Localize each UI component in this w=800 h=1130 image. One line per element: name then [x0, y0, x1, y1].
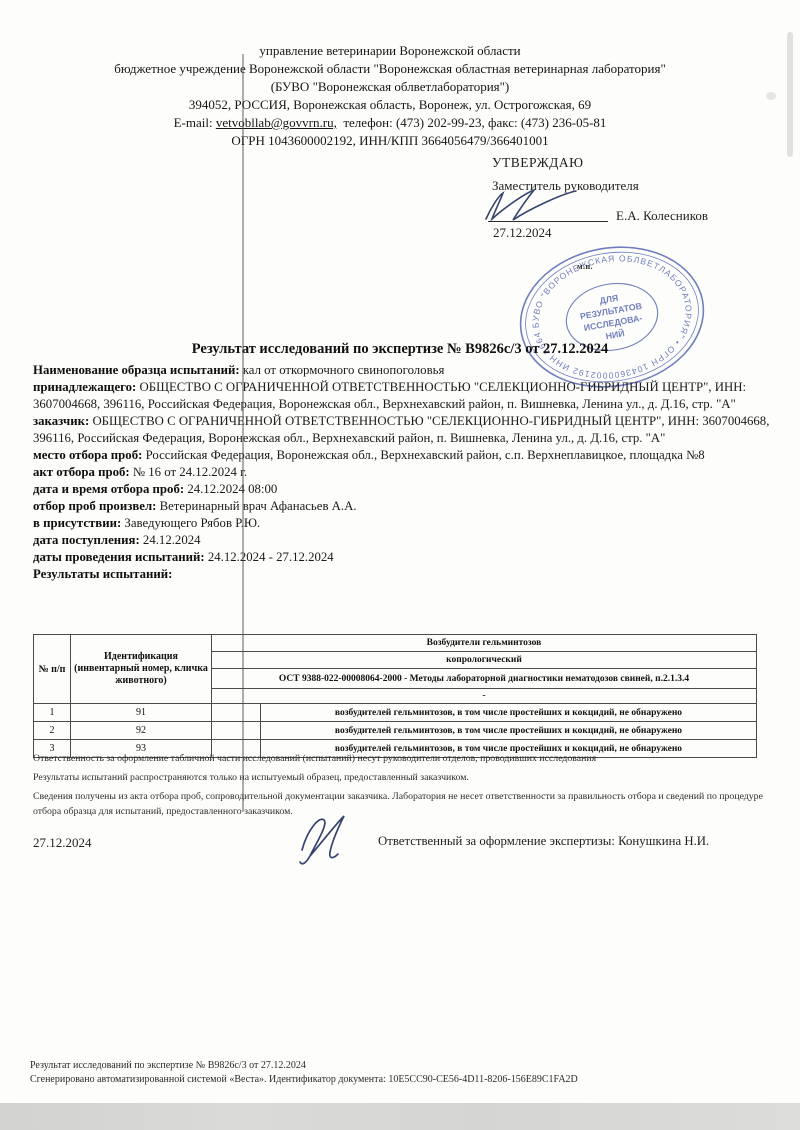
field-label: дата и время отбора проб:	[33, 482, 184, 496]
note-line: Ответственность за оформление табличной …	[33, 751, 771, 766]
field-test-dates: даты проведения испытаний: 24.12.2024 - …	[33, 549, 775, 566]
field-label: Результаты испытаний:	[33, 567, 172, 581]
signoff-date: 27.12.2024	[33, 835, 92, 851]
approver-name: Е.А. Колесников	[616, 208, 708, 224]
field-label: акт отбора проб:	[33, 465, 130, 479]
cell-empty	[212, 722, 261, 740]
mp-label: м.п.	[577, 262, 593, 271]
document-page: управление ветеринарии Воронежской облас…	[0, 0, 800, 1130]
org-line-6: ОГРН 1043600002192, ИНН/КПП 3664056479/3…	[30, 132, 750, 150]
phone-fax: телефон: (473) 202-99-23, факс: (473) 23…	[343, 115, 606, 130]
notes: Ответственность за оформление табличной …	[33, 751, 771, 823]
field-value: Заведующего Рябов Р.Ю.	[124, 516, 260, 530]
scan-artifact-line	[242, 54, 244, 812]
field-value: № 16 от 24.12.2024 г.	[133, 465, 247, 479]
field-customer: заказчик: ОБЩЕСТВО С ОГРАНИЧЕННОЙ ОТВЕТС…	[33, 413, 775, 447]
doc-title: Результат исследований по экспертизе № В…	[0, 341, 800, 358]
doc-fields: Наименование образца испытаний: кал от о…	[33, 362, 775, 583]
col-header-num: № п/п	[34, 635, 71, 704]
field-sampling-place: место отбора проб: Российская Федерация,…	[33, 447, 775, 464]
col-header-ident: Идентификация (инвентарный номер, кличка…	[71, 635, 212, 704]
org-contact-line: E-mail: vetvobllab@govvrn.ru, телефон: (…	[30, 114, 750, 132]
cell-ident: 91	[71, 704, 212, 722]
field-value: ОБЩЕСТВО С ОГРАНИЧЕННОЙ ОТВЕТСТВЕННОСТЬЮ…	[33, 380, 746, 411]
field-label: Наименование образца испытаний:	[33, 363, 240, 377]
approval-date: 27.12.2024	[493, 225, 552, 241]
table-dash: -	[212, 689, 757, 704]
results-table: № п/п Идентификация (инвентарный номер, …	[33, 634, 757, 758]
field-value: Российская Федерация, Воронежская обл., …	[146, 448, 705, 462]
field-value: ОБЩЕСТВО С ОГРАНИЧЕННОЙ ОТВЕТСТВЕННОСТЬЮ…	[33, 414, 769, 445]
stamp-center-line-4: НИЙ	[605, 327, 626, 341]
field-receipt-date: дата поступления: 24.12.2024	[33, 532, 775, 549]
bottom-scan-band	[0, 1103, 800, 1130]
field-value: Ветеринарный врач Афанасьев А.А.	[160, 499, 357, 513]
org-line-3: (БУВО "Воронежская облветлаборатория")	[30, 78, 750, 96]
field-value: 24.12.2024 08:00	[187, 482, 277, 496]
field-label: в присутствии:	[33, 516, 121, 530]
email-label: E-mail:	[174, 115, 213, 130]
email-link[interactable]: vetvobllab@govvrn.ru,	[216, 115, 337, 130]
field-sampling-act: акт отбора проб: № 16 от 24.12.2024 г.	[33, 464, 775, 481]
scan-smudge	[787, 32, 793, 157]
table-standard: ОСТ 9388-022-00008064-2000 - Методы лабо…	[212, 669, 757, 689]
executor-label: Ответственный за оформление экспертизы: …	[378, 834, 709, 849]
field-label: даты проведения испытаний:	[33, 550, 205, 564]
cell-ident: 92	[71, 722, 212, 740]
footer-line-1: Результат исследований по экспертизе № В…	[30, 1060, 306, 1071]
field-label: заказчик:	[33, 414, 89, 428]
field-sample-name: Наименование образца испытаний: кал от о…	[33, 362, 775, 379]
field-sampler: отбор проб произвел: Ветеринарный врач А…	[33, 498, 775, 515]
org-header: управление ветеринарии Воронежской облас…	[30, 42, 750, 150]
org-line-1: управление ветеринарии Воронежской облас…	[30, 42, 750, 60]
field-label: дата поступления:	[33, 533, 140, 547]
table-header-row: № п/п Идентификация (инвентарный номер, …	[34, 635, 757, 652]
cell-num: 1	[34, 704, 71, 722]
field-value: 24.12.2024 - 27.12.2024	[208, 550, 334, 564]
field-sampling-datetime: дата и время отбора проб: 24.12.2024 08:…	[33, 481, 775, 498]
field-results-heading: Результаты испытаний:	[33, 566, 775, 583]
org-line-4: 394052, РОССИЯ, Воронежская область, Вор…	[30, 96, 750, 114]
approver-signature	[476, 186, 626, 226]
cell-result: возбудителей гельминтозов, в том числе п…	[261, 704, 757, 722]
table-method: копрологический	[212, 652, 757, 669]
executor-signature	[288, 812, 368, 870]
cell-empty	[212, 704, 261, 722]
field-witness: в присутствии: Заведующего Рябов Р.Ю.	[33, 515, 775, 532]
field-value: кал от откормочного свинопоголовья	[243, 363, 445, 377]
cell-result: возбудителей гельминтозов, в том числе п…	[261, 722, 757, 740]
field-label: принадлежащего:	[33, 380, 136, 394]
field-label: место отбора проб:	[33, 448, 142, 462]
table-row: 1 91 возбудителей гельминтозов, в том чи…	[34, 704, 757, 722]
table-row: 2 92 возбудителей гельминтозов, в том чи…	[34, 722, 757, 740]
scan-smudge	[766, 92, 776, 100]
field-value: 24.12.2024	[143, 533, 201, 547]
stamp-center-line-1: ДЛЯ	[599, 293, 619, 306]
footer-line-2: Сгенерировано автоматизированной системо…	[30, 1074, 578, 1085]
signature-underline	[488, 221, 608, 222]
field-label: отбор проб произвел:	[33, 499, 156, 513]
table-group-header: Возбудители гельминтозов	[212, 635, 757, 652]
approve-heading: УТВЕРЖДАЮ	[492, 155, 584, 171]
cell-num: 2	[34, 722, 71, 740]
note-line: Сведения получены из акта отбора проб, с…	[33, 789, 771, 819]
field-owner: принадлежащего: ОБЩЕСТВО С ОГРАНИЧЕННОЙ …	[33, 379, 775, 413]
note-line: Результаты испытаний распространяются то…	[33, 770, 771, 785]
org-line-2: бюджетное учреждение Воронежской области…	[30, 60, 750, 78]
